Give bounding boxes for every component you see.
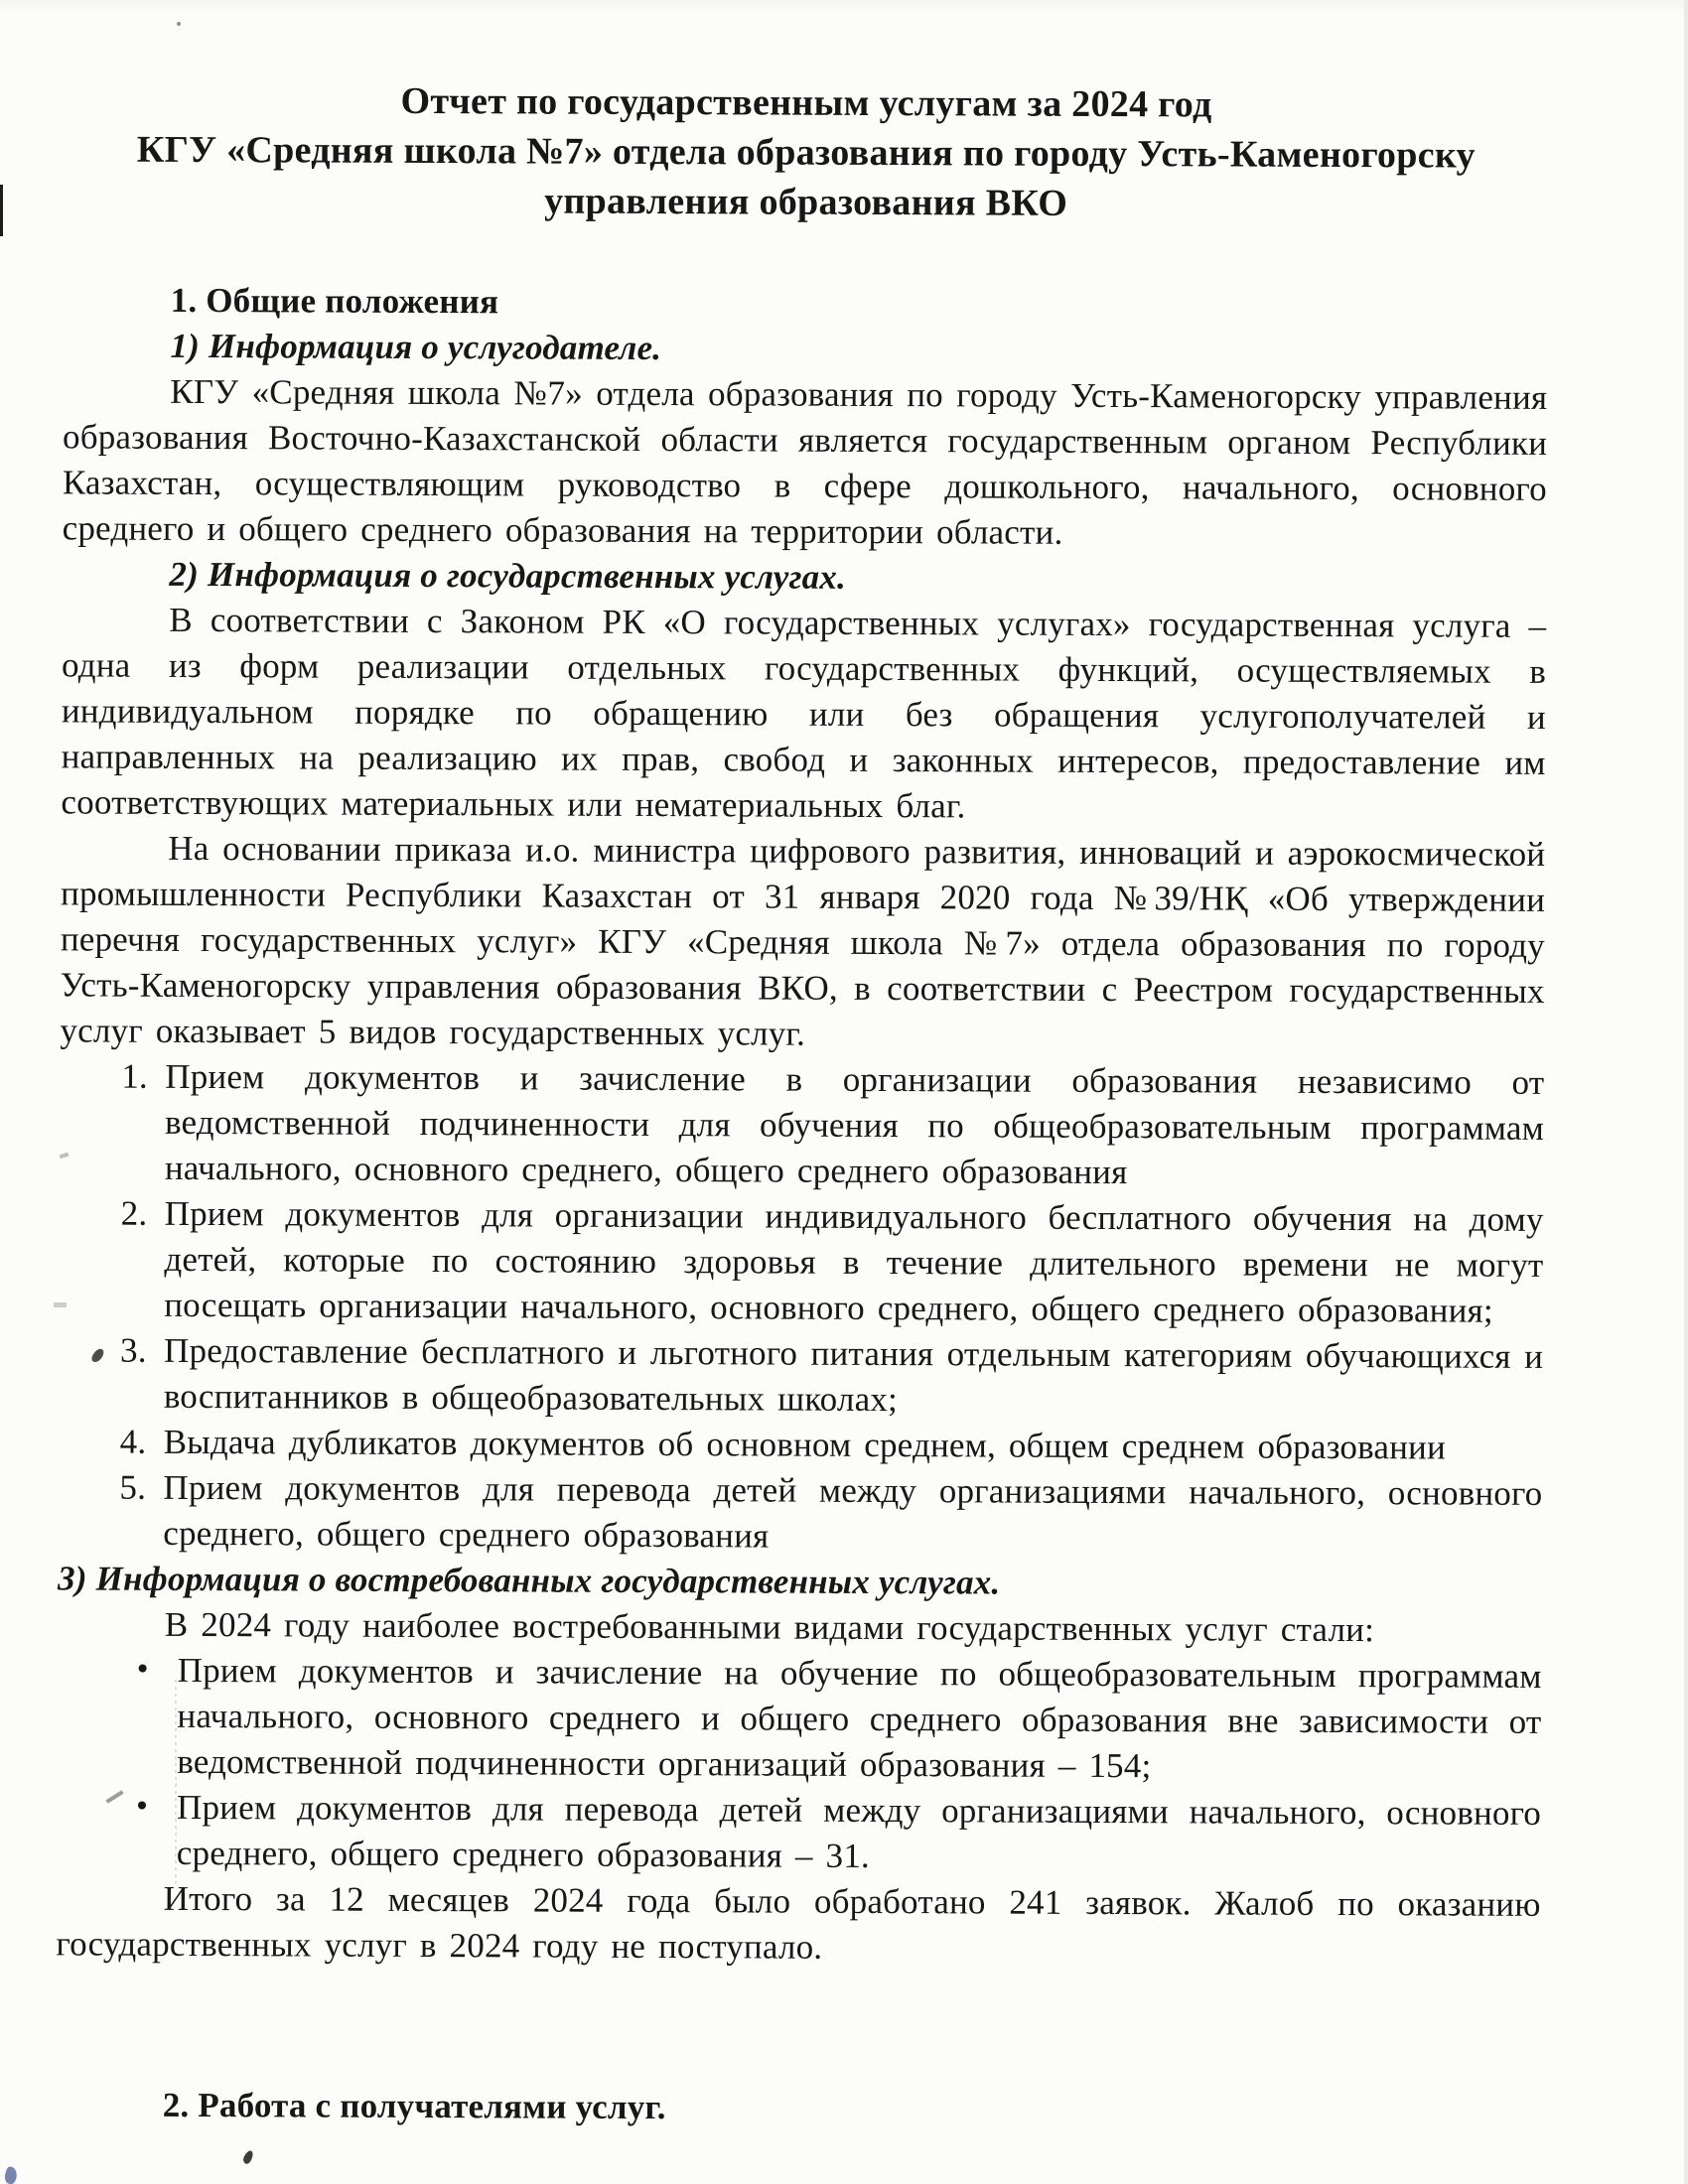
service-item-number: 5. xyxy=(119,1465,146,1511)
service-item-text: Прием документов для перевода детей межд… xyxy=(163,1468,1542,1556)
demand-item-text: Прием документов и зачисление на обучени… xyxy=(177,1651,1542,1785)
subsection-1-heading: 1) Информация о услугодателе. xyxy=(63,323,1547,375)
service-item-1: 1. Прием документов и зачисление в орган… xyxy=(60,1053,1545,1197)
demand-list: • Прием документов и зачисление на обуче… xyxy=(57,1647,1542,1882)
section-2-heading: 2. Работа с получателями услуг. xyxy=(56,2082,1540,2134)
service-item-text: Выдача дубликатов документов об основном… xyxy=(164,1423,1446,1467)
service-item-3: 3. Предоставление бесплатного и льготног… xyxy=(59,1327,1543,1426)
report-title-line-2: КГУ «Средняя школа №7» отдела образовани… xyxy=(64,124,1548,181)
report-content: Отчет по государственным услугам за 2024… xyxy=(0,0,1688,2184)
service-order-paragraph: На основании приказа и.о. министра цифро… xyxy=(60,825,1545,1060)
service-item-2: 2. Прием документов для организации инди… xyxy=(59,1190,1544,1334)
services-list: 1. Прием документов и зачисление в орган… xyxy=(58,1053,1544,1563)
report-title-line-1: Отчет по государственным услугам за 2024… xyxy=(64,74,1548,131)
demand-item-1: • Прием документов и зачисление на обуче… xyxy=(57,1647,1542,1791)
bullet-icon: • xyxy=(137,1647,149,1693)
service-definition-paragraph: В соответствии с Законом РК «О государст… xyxy=(61,597,1546,832)
demand-item-2: • Прием документов для перевода детей ме… xyxy=(57,1784,1541,1882)
subsection-2-heading: 2) Информация о государственных услугах. xyxy=(62,551,1546,604)
totals-paragraph: Итого за 12 месяцев 2024 года было обраб… xyxy=(56,1875,1540,1974)
service-item-number: 2. xyxy=(121,1191,148,1237)
service-item-text: Предоставление бесплатного и льготного п… xyxy=(164,1331,1543,1419)
service-item-text: Прием документов и зачисление в организа… xyxy=(165,1057,1545,1191)
provider-info-paragraph: КГУ «Средняя школа №7» отдела образовани… xyxy=(63,368,1548,558)
report-title-line-3: управления образования ВКО xyxy=(64,174,1548,230)
service-item-5: 5. Прием документов для перевода детей м… xyxy=(58,1464,1542,1563)
scanned-document-page: Отчет по государственным услугам за 2024… xyxy=(0,0,1688,2184)
service-item-text: Прием документов для организации индивид… xyxy=(164,1194,1544,1330)
service-item-4: 4. Выдача дубликатов документов об основ… xyxy=(59,1419,1543,1471)
demand-item-text: Прием документов для перевода детей межд… xyxy=(177,1788,1541,1875)
subsection-3-heading: 3) Информация о востребованных государст… xyxy=(58,1556,1542,1608)
report-title: Отчет по государственным услугам за 2024… xyxy=(64,74,1549,230)
service-item-number: 3. xyxy=(120,1328,147,1374)
service-item-number: 1. xyxy=(121,1054,148,1100)
service-item-number: 4. xyxy=(120,1420,147,1465)
demand-intro-paragraph: В 2024 году наиболее востребованными вид… xyxy=(58,1601,1542,1654)
section-1-heading: 1. Общие положения xyxy=(64,277,1548,330)
bullet-icon: • xyxy=(136,1784,148,1830)
